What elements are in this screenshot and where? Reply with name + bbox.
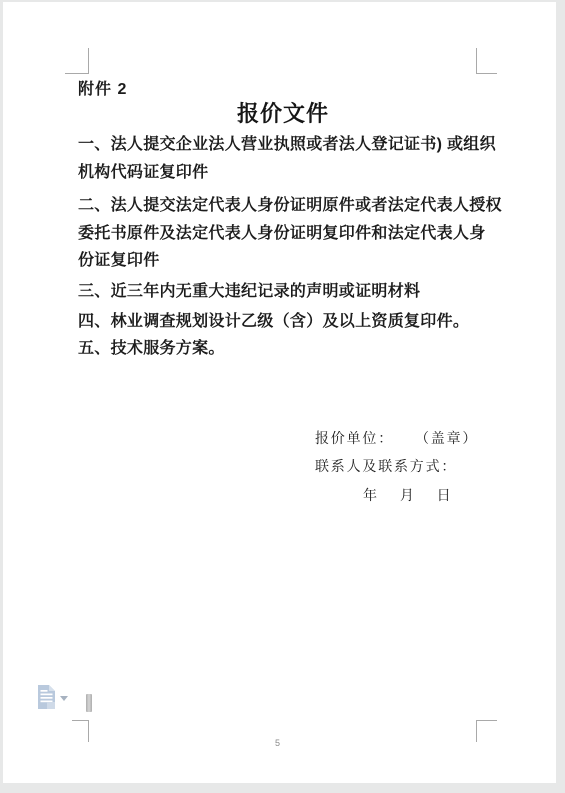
date-day-label: 日 [437,489,453,504]
document-line: 五、技术服务方案。 [78,335,498,358]
attachment-label: 附件 2 [78,76,127,99]
signature-unit-line: 报价单位：（盖章） [315,428,478,448]
text-boundary-mark-top-left [65,48,89,74]
signature-date-line: 年月日 [363,485,452,505]
text-boundary-mark-top-right [476,48,497,74]
paste-options-icon [36,684,57,710]
document-line: 二、法人提交法定代表人身份证明原件或者法定代表人授权 [78,192,498,215]
word-editor-canvas: 附件 2 报价文件 一、法人提交企业法人营业执照或者法人登记证书) 或组织 机构… [0,0,565,793]
date-month-label: 月 [400,489,416,504]
text-cursor [86,694,92,712]
text-boundary-mark-bottom-right [476,720,497,742]
document-line: 份证复印件 [78,247,498,270]
text-boundary-mark-bottom-left [72,720,89,742]
date-year-label: 年 [363,489,379,504]
unit-label: 报价单位： [315,432,394,447]
paste-options-button[interactable] [36,682,72,712]
signature-contact-line: 联系人及联系方式： [315,456,457,476]
seal-label: （盖章） [415,432,478,447]
document-line: 三、近三年内无重大违纪记录的声明或证明材料 [78,278,498,301]
document-line: 机构代码证复印件 [78,159,498,182]
page-number: 5 [275,738,280,748]
document-line: 委托书原件及法定代表人身份证明复印件和法定代表人身 [78,220,498,243]
document-line: 四、林业调查规划设计乙级（含）及以上资质复印件。 [78,308,498,331]
document-title: 报价文件 [78,97,488,128]
contact-label: 联系人及联系方式： [315,460,457,475]
document-line: 一、法人提交企业法人营业执照或者法人登记证书) 或组织 [78,131,498,154]
chevron-down-icon [60,696,68,701]
